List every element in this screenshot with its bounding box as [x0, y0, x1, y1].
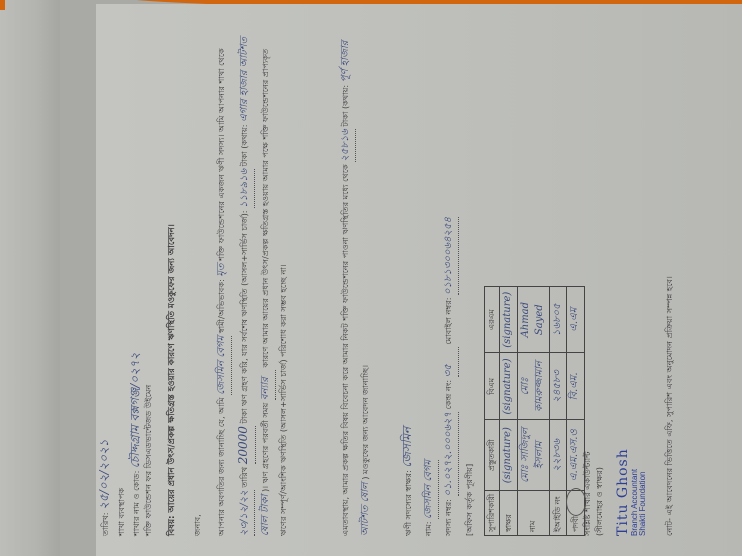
mobile-number: ০১৮১৩০০৬৪২৫৪: [439, 217, 459, 295]
table-cell: ২৪৫৮৩: [549, 353, 567, 420]
applicant-name: জেসমিন বেগম: [212, 336, 232, 395]
para1-text-3: শক্তি ফাউন্ডেশনের একজন ঋণী সদস্য। আমি আপ…: [216, 48, 226, 261]
table-cell: বি.এম.: [567, 353, 585, 420]
guardian-value: মৃত: [216, 264, 227, 277]
table-cell: মোঃ কামরুজ্জামান: [517, 353, 549, 420]
accountant-role: সংশ্লিষ্ট শাখার একাউন্ট্যান্ট: [582, 451, 594, 536]
center-number-label: কেন্দ্র নং:: [443, 380, 453, 409]
para1-text-6: টাকা (কথায়:: [239, 125, 249, 167]
row-label: ইআইডি নং: [549, 490, 567, 535]
para2-text-3: ) মওকুফের জন্য আবেদন জানাচ্ছি।: [360, 365, 370, 480]
para1-text-2: স্বামী/অভিভাবক:: [216, 279, 226, 333]
waiver-amount: ২৫৮১৬: [336, 129, 356, 161]
table-row: ইআইডি নং ২২৮৩৬ ২৪৫৮৩ ১৬৮০৫: [549, 287, 567, 536]
table-cell: মোঃ সাজিদুল ইসলাম: [517, 420, 549, 490]
borrower-signature-label: ঋণী সদস্যের স্বাক্ষর:: [403, 470, 413, 536]
center-number: ৩৫: [439, 347, 459, 377]
table-cell: ১৬৮০৫: [549, 287, 567, 353]
date-value: ২৫/০২/২০২১: [97, 439, 111, 509]
borrower-signature: জেসমিন: [400, 427, 414, 468]
borrower-details: ঋণী সদস্যের স্বাক্ষর: জেসমিন নাম: জেসমিন…: [396, 16, 459, 536]
loan-date: ২৩/১২/২২: [235, 490, 255, 536]
table-header: বিএম: [485, 353, 500, 420]
stamp-name: Titu Ghosh: [616, 448, 631, 536]
borrower-name-line: নাম: জেসমিন বেগম: [419, 16, 439, 536]
para1-text-4: তারিখ: [239, 467, 249, 488]
date-label: তারিখ:: [100, 513, 110, 537]
signature-cell: (signature): [500, 287, 518, 353]
para1-text-1: আপনার অবগতির জন্য জানাচ্ছি যে, আমি: [216, 397, 226, 536]
branch-label: শাখার নাম ও কোড:: [131, 471, 141, 536]
table-header: প্রস্তুতকারী: [485, 420, 500, 490]
table-cell: এ.এম: [567, 287, 585, 353]
para1-text-7: )। ঋণ গ্রহণের পরবর্তী সময়: [260, 403, 270, 492]
date-line: তারিখ: ২৫/০২/২০২১: [96, 439, 113, 536]
salutation: জনাব,: [192, 514, 204, 536]
para2-text-2: টাকা (কথায়:: [340, 85, 350, 127]
paragraph-2: এমতাবস্থায়, আমার প্রকল্প ক্ষতির বিষয় ব…: [336, 36, 375, 536]
row-label: নাম: [517, 490, 549, 535]
table-cell: Ahmad Sayed: [517, 287, 549, 353]
borrower-ids-line: সদস্য নম্বর: ০১.০২৭২.০০০৬২৭ কেন্দ্র নং: …: [439, 16, 459, 536]
recipient-line-1: শাখা ব্যবস্থাপক: [116, 353, 127, 536]
recipient-line-2: শাখার নাম ও কোড: চৌদ্দগ্রাম বক্সগঞ্জ/০২৭…: [127, 353, 143, 536]
footer-note: নোট- এই আবেদনের ভিত্তিতে এফি, সুপারিশ এব…: [664, 276, 676, 536]
subject-line: বিষয়: আয়ের প্রধান উৎস/প্রকল্প ক্ষতিগ্র…: [166, 224, 178, 536]
application-paper: তারিখ: ২৫/০২/২০২১ শাখা ব্যবস্থাপক শাখার …: [96, 4, 742, 556]
paragraph-1: আপনার অবগতির জন্য জানাচ্ছি যে, আমি জেসমি…: [212, 36, 291, 536]
loss-reason: বন্যার: [256, 370, 276, 400]
borrower-name: জেসমিন বেগম: [419, 460, 439, 519]
loan-amount: 20000: [232, 426, 256, 464]
borrower-name-label: নাম:: [423, 521, 433, 536]
stamp-org: Shakti Foundation: [639, 448, 647, 536]
borrower-signature-line: ঋণী সদস্যের স্বাক্ষর: জেসমিন: [396, 16, 419, 536]
member-number: ০১.০২৭২.০০০৬২৭: [439, 412, 459, 496]
recipient-block: শাখা ব্যবস্থাপক শাখার নাম ও কোড: চৌদ্দগ্…: [116, 353, 154, 536]
member-number-label: সদস্য নম্বর:: [443, 499, 453, 536]
table-header: সুপারিশকারী: [485, 490, 500, 535]
mobile-number-label: মোবাইল নম্বর:: [443, 298, 453, 345]
table-header-row: সুপারিশকারী প্রস্তুতকারী বিএম এরএম: [485, 287, 500, 536]
branch-value: চৌদ্দগ্রাম বক্সগঞ্জ/০২৭২: [128, 353, 142, 468]
table-row: স্বাক্ষর (signature) (signature) (signat…: [500, 287, 518, 536]
table-header: এরএম: [485, 287, 500, 353]
accountant-stamp: Titu Ghosh Branch Accountant Shakti Foun…: [616, 448, 647, 536]
signature-cell: (signature): [500, 353, 518, 420]
para1-text-5: টাকা ঋণ গ্রহণ করি, যার সর্বশেষ ঋণস্থিতি …: [239, 210, 249, 423]
para2-text-1: এমতাবস্থায়, আমার প্রকল্প ক্ষতির বিষয় ব…: [340, 164, 350, 536]
table-row: নাম মোঃ সাজিদুল ইসলাম মোঃ কামরুজ্জামান A…: [517, 287, 549, 536]
row-label: স্বাক্ষর: [500, 490, 518, 535]
office-use-label: [অফিস কর্তৃক পূরণীয়]: [464, 464, 476, 536]
signature-cell: (signature): [500, 420, 518, 490]
table-cell: ২২৮৩৬: [549, 420, 567, 490]
recipient-line-3: শক্তি ফাউন্ডেশন ফর ডিসএডভান্টেজড উইমেন: [143, 353, 154, 536]
accountant-block: সংশ্লিষ্ট শাখার একাউন্ট্যান্ট (সীলমোহর ও…: [582, 451, 606, 536]
accountant-role-note: (সীলমোহর ও স্বাক্ষর): [594, 451, 606, 536]
outstanding-balance: ১১৮৯১৬: [235, 169, 255, 208]
